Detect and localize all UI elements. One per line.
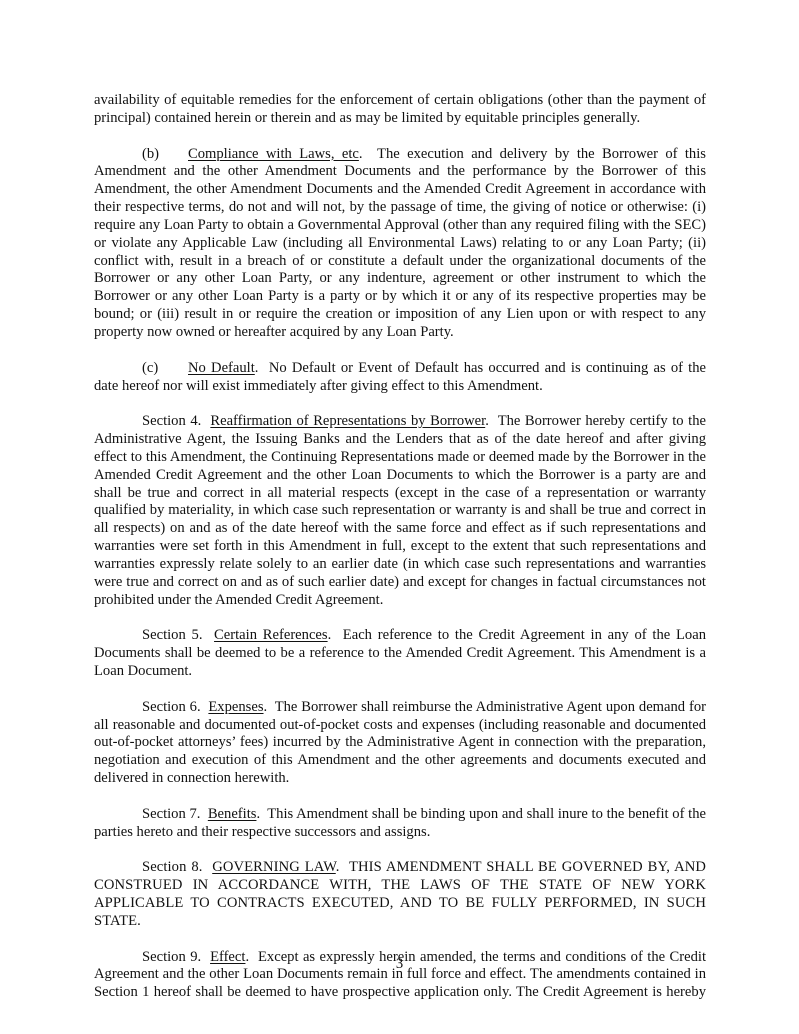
heading-punctuation: . <box>359 146 363 162</box>
section-heading: Reaffirmation of Representations by Borr… <box>210 413 485 429</box>
section-heading: GOVERNING LAW <box>212 859 336 875</box>
section-label: Section 8. <box>142 859 202 875</box>
section-4-reaffirmation: Section 4. Reaffirmation of Representati… <box>94 413 706 609</box>
section-6-expenses: Section 6. Expenses. The Borrower shall … <box>94 699 706 788</box>
clause-label: (c) <box>142 360 188 378</box>
page-number: 3 <box>0 956 799 973</box>
clause-label: (b) <box>142 146 188 164</box>
section-label: Section 5. <box>142 627 203 643</box>
clause-heading: Compliance with Laws, etc <box>188 146 359 162</box>
section-label: Section 4. <box>142 413 201 429</box>
paragraph-continuation: availability of equitable remedies for t… <box>94 92 706 128</box>
heading-punctuation: . <box>255 360 259 376</box>
section-7-benefits: Section 7. Benefits. This Amendment shal… <box>94 806 706 842</box>
paragraph-text: The execution and delivery by the Borrow… <box>94 146 706 340</box>
heading-punctuation: . <box>485 413 489 429</box>
section-heading: Benefits <box>208 806 257 822</box>
section-heading: Certain References <box>214 627 328 643</box>
clause-heading: No Default <box>188 360 255 376</box>
paragraph-b-compliance-with-laws: (b)Compliance with Laws, etc. The execut… <box>94 146 706 342</box>
heading-punctuation: . <box>328 627 332 643</box>
section-label: Section 6. <box>142 699 201 715</box>
section-5-certain-references: Section 5. Certain References. Each refe… <box>94 627 706 681</box>
heading-punctuation: . <box>256 806 260 822</box>
document-page: availability of equitable remedies for t… <box>94 92 706 1020</box>
section-8-governing-law: Section 8. GOVERNING LAW. THIS AMENDMENT… <box>94 859 706 930</box>
section-label: Section 7. <box>142 806 200 822</box>
paragraph-c-no-default: (c)No Default. No Default or Event of De… <box>94 360 706 396</box>
heading-punctuation: . <box>264 699 268 715</box>
heading-punctuation: . <box>336 859 340 875</box>
paragraph-text: availability of equitable remedies for t… <box>94 92 706 126</box>
paragraph-text: The Borrower hereby certify to the Admin… <box>94 413 706 607</box>
section-heading: Expenses <box>208 699 263 715</box>
